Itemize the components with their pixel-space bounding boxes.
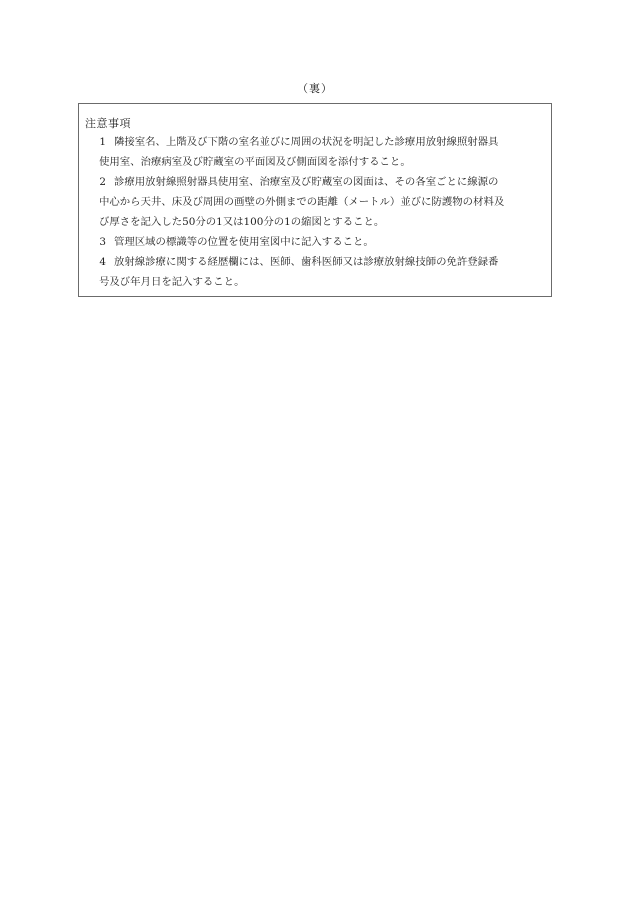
note-number: 4 [85,252,106,272]
note-text: 号及び年月日を記入すること。 [85,272,547,292]
note-number: 3 [85,232,106,252]
note-text: 放射線診療に関する経歴欄には、医師、歯科医師又は診療放射線技師の免許登録番 [114,256,498,268]
note-text: 中心から天井、床及び周囲の画壁の外側までの距離（メートル）並びに防護物の材料及 [85,192,547,212]
note-number: 2 [85,172,106,192]
page-heading: （裏） [0,80,630,96]
note-text: 使用室、治療病室及び貯蔵室の平面図及び側面図を添付すること。 [85,152,547,172]
note-item-3: 3管理区域の標識等の位置を使用室図中に記入すること。 [85,232,547,252]
note-text: 管理区域の標識等の位置を使用室図中に記入すること。 [114,236,374,248]
notes-title: 注意事項 [85,115,131,131]
note-item-4: 4放射線診療に関する経歴欄には、医師、歯科医師又は診療放射線技師の免許登録番 号… [85,252,547,292]
notes-box: 注意事項 1隣接室名、上階及び下階の室名並びに周囲の状況を明記した診療用放射線照… [78,103,552,297]
note-text: 診療用放射線照射器具使用室、治療室及び貯蔵室の図面は、その各室ごとに線源の [114,176,498,188]
note-text: 隣接室名、上階及び下階の室名並びに周囲の状況を明記した診療用放射線照射器具 [114,136,498,148]
note-item-2: 2診療用放射線照射器具使用室、治療室及び貯蔵室の図面は、その各室ごとに線源の 中… [85,172,547,232]
note-item-1: 1隣接室名、上階及び下階の室名並びに周囲の状況を明記した診療用放射線照射器具 使… [85,132,547,172]
note-text: び厚さを記入した50分の1又は100分の1の縮図とすること。 [85,212,547,232]
note-number: 1 [85,132,106,152]
